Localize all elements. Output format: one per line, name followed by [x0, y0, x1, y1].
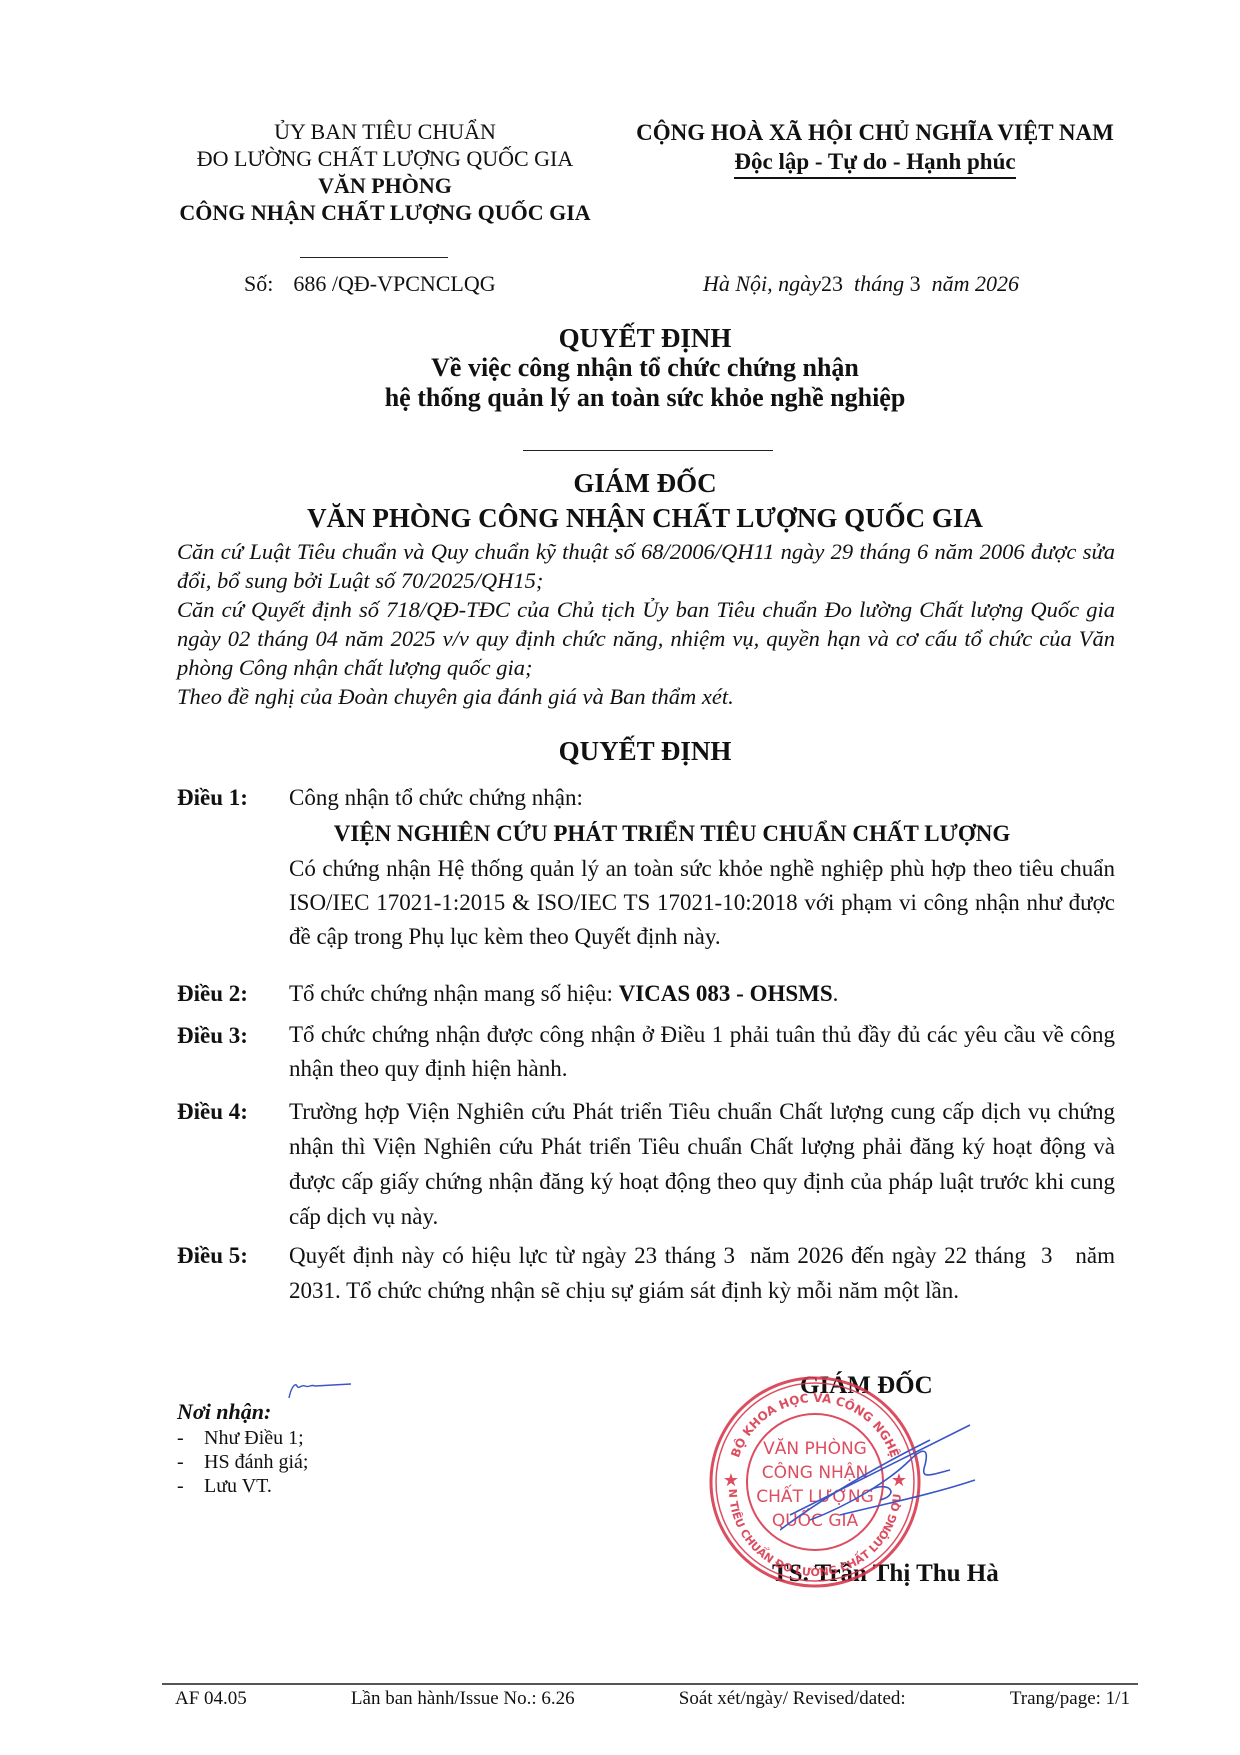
accreditation-code: VICAS 083 - OHSMS: [619, 981, 833, 1006]
organization-name: VIỆN NGHIÊN CỨU PHÁT TRIỂN TIÊU CHUẨN CH…: [229, 816, 1115, 852]
preamble-clause: Căn cứ Luật Tiêu chuẩn và Quy chuẩn kỹ t…: [177, 537, 1115, 595]
article-label: Điều 4:: [177, 1094, 287, 1130]
country-name: CỘNG HOÀ XÃ HỘI CHỦ NGHĨA VIỆT NAM: [620, 118, 1130, 147]
document-title: QUYẾT ĐỊNH Về việc công nhận tổ chức chứ…: [150, 323, 1140, 413]
document-number-value: 686: [293, 271, 326, 296]
article-label: Điều 2:: [177, 976, 287, 1012]
handwritten-signature: [780, 1420, 980, 1540]
decision-heading: QUYẾT ĐỊNH: [150, 736, 1140, 767]
article-label: Điều 1:: [177, 780, 287, 816]
recipient-item: -Như Điều 1;: [177, 1426, 308, 1450]
form-code: AF 04.05: [175, 1688, 247, 1710]
title-divider: [523, 450, 773, 451]
agency-line-2: ĐO LƯỜNG CHẤT LƯỢNG QUỐC GIA: [150, 145, 620, 172]
header-divider: [300, 257, 448, 258]
article-intro: Công nhận tổ chức chứng nhận:: [289, 780, 1115, 816]
office-line-1: VĂN PHÒNG: [150, 172, 620, 199]
title-subject-1: Về việc công nhận tổ chức chứng nhận: [150, 353, 1140, 383]
article-text: Tổ chức chứng nhận được công nhận ở Điều…: [289, 1018, 1115, 1086]
article-label: Điều 5:: [177, 1238, 287, 1274]
article-text: Trường hợp Viện Nghiên cứu Phát triển Ti…: [289, 1094, 1115, 1234]
article-2: Điều 2: Tổ chức chứng nhận mang số hiệu:…: [177, 976, 1115, 1012]
recipients: Nơi nhận: -Như Điều 1; -HS đánh giá; -Lư…: [177, 1400, 308, 1498]
recipients-heading: Nơi nhận:: [177, 1400, 308, 1424]
document-number: Số:686 /QĐ-VPCNCLQG: [244, 271, 496, 297]
article-1: Điều 1: Công nhận tổ chức chứng nhận: VI…: [177, 780, 1115, 954]
document-date: Hà Nội, ngày23 tháng 3 năm 2026: [703, 271, 1019, 297]
article-4: Điều 4: Trường hợp Viện Nghiên cứu Phát …: [177, 1094, 1115, 1234]
issuer-block: GIÁM ĐỐC VĂN PHÒNG CÔNG NHẬN CHẤT LƯỢNG …: [150, 466, 1140, 536]
article-5: Điều 5: Quyết định này có hiệu lực từ ng…: [177, 1238, 1115, 1308]
recipient-item: -Lưu VT.: [177, 1474, 308, 1498]
issue-number: Lần ban hành/Issue No.: 6.26: [351, 1688, 575, 1710]
revision-date: Soát xét/ngày/ Revised/dated:: [679, 1688, 906, 1710]
national-motto: Độc lập - Tự do - Hạnh phúc: [734, 147, 1015, 179]
issuer-office: VĂN PHÒNG CÔNG NHẬN CHẤT LƯỢNG QUỐC GIA: [150, 501, 1140, 536]
agency-header: ỦY BAN TIÊU CHUẨN ĐO LƯỜNG CHẤT LƯỢNG QU…: [150, 118, 620, 226]
title-heading: QUYẾT ĐỊNH: [150, 323, 1140, 353]
initials-mark: [285, 1378, 355, 1400]
recipient-item: -HS đánh giá;: [177, 1450, 308, 1474]
article-text: Có chứng nhận Hệ thống quản lý an toàn s…: [289, 852, 1115, 954]
article-3: Điều 3: Tổ chức chứng nhận được công nhậ…: [177, 1018, 1115, 1086]
agency-line-1: ỦY BAN TIÊU CHUẨN: [150, 118, 620, 145]
article-label: Điều 3:: [177, 1018, 287, 1054]
office-line-2: CÔNG NHẬN CHẤT LƯỢNG QUỐC GIA: [150, 199, 620, 226]
page-indicator: Trang/page: 1/1: [1010, 1688, 1130, 1710]
national-header: CỘNG HOÀ XÃ HỘI CHỦ NGHĨA VIỆT NAM Độc l…: [620, 118, 1130, 179]
article-text: Quyết định này có hiệu lực từ ngày 23 th…: [289, 1238, 1115, 1308]
preamble-clause: Căn cứ Quyết định số 718/QĐ-TĐC của Chủ …: [177, 595, 1115, 682]
title-subject-2: hệ thống quản lý an toàn sức khỏe nghề n…: [150, 383, 1140, 413]
page-footer: AF 04.05 Lần ban hành/Issue No.: 6.26 So…: [175, 1688, 1130, 1710]
footer-divider: [162, 1683, 1138, 1685]
svg-text:★: ★: [723, 1470, 739, 1490]
issuer-title: GIÁM ĐỐC: [150, 466, 1140, 501]
preamble: Căn cứ Luật Tiêu chuẩn và Quy chuẩn kỹ t…: [177, 537, 1115, 711]
preamble-clause: Theo đề nghị của Đoàn chuyên gia đánh gi…: [177, 682, 1115, 711]
